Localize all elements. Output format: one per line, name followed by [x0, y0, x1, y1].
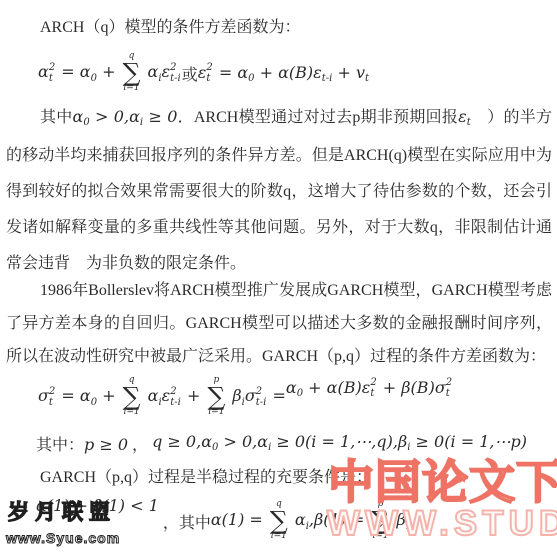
formula-garch-variance: σ2t = α0 + q∑i=1 αiε2t-i + p∑i=1 βiσ2t-i…	[38, 370, 453, 424]
document-page: ARCH（q）模型的条件方差函数为： α2t = α0 + q∑i=1 αiε2…	[0, 0, 557, 559]
logo-syue-url: www.Syue.com	[6, 531, 120, 546]
watermark-studa-url: WWW.STUDA.	[327, 505, 557, 544]
logo-syue: 岁月联盟	[8, 501, 116, 524]
paragraph-arch-limitations: 其中α0 > 0,αi ≥ 0．ARCH模型通过对过去p期非预期回报εt ）的半…	[6, 99, 552, 282]
paragraph-garch-intro: 1986年Bollerslev将ARCH模型推广发展成GARCH模型，GARCH…	[6, 274, 552, 373]
watermark-studa-title: 中国论文下载	[328, 458, 557, 506]
paragraph-arch-intro: ARCH（q）模型的条件方差函数为：	[40, 16, 300, 40]
formula-arch-variance: α2t = α0 + q∑i=1 αiε2t-i 或 ε2t = α0 + α(…	[38, 48, 369, 98]
